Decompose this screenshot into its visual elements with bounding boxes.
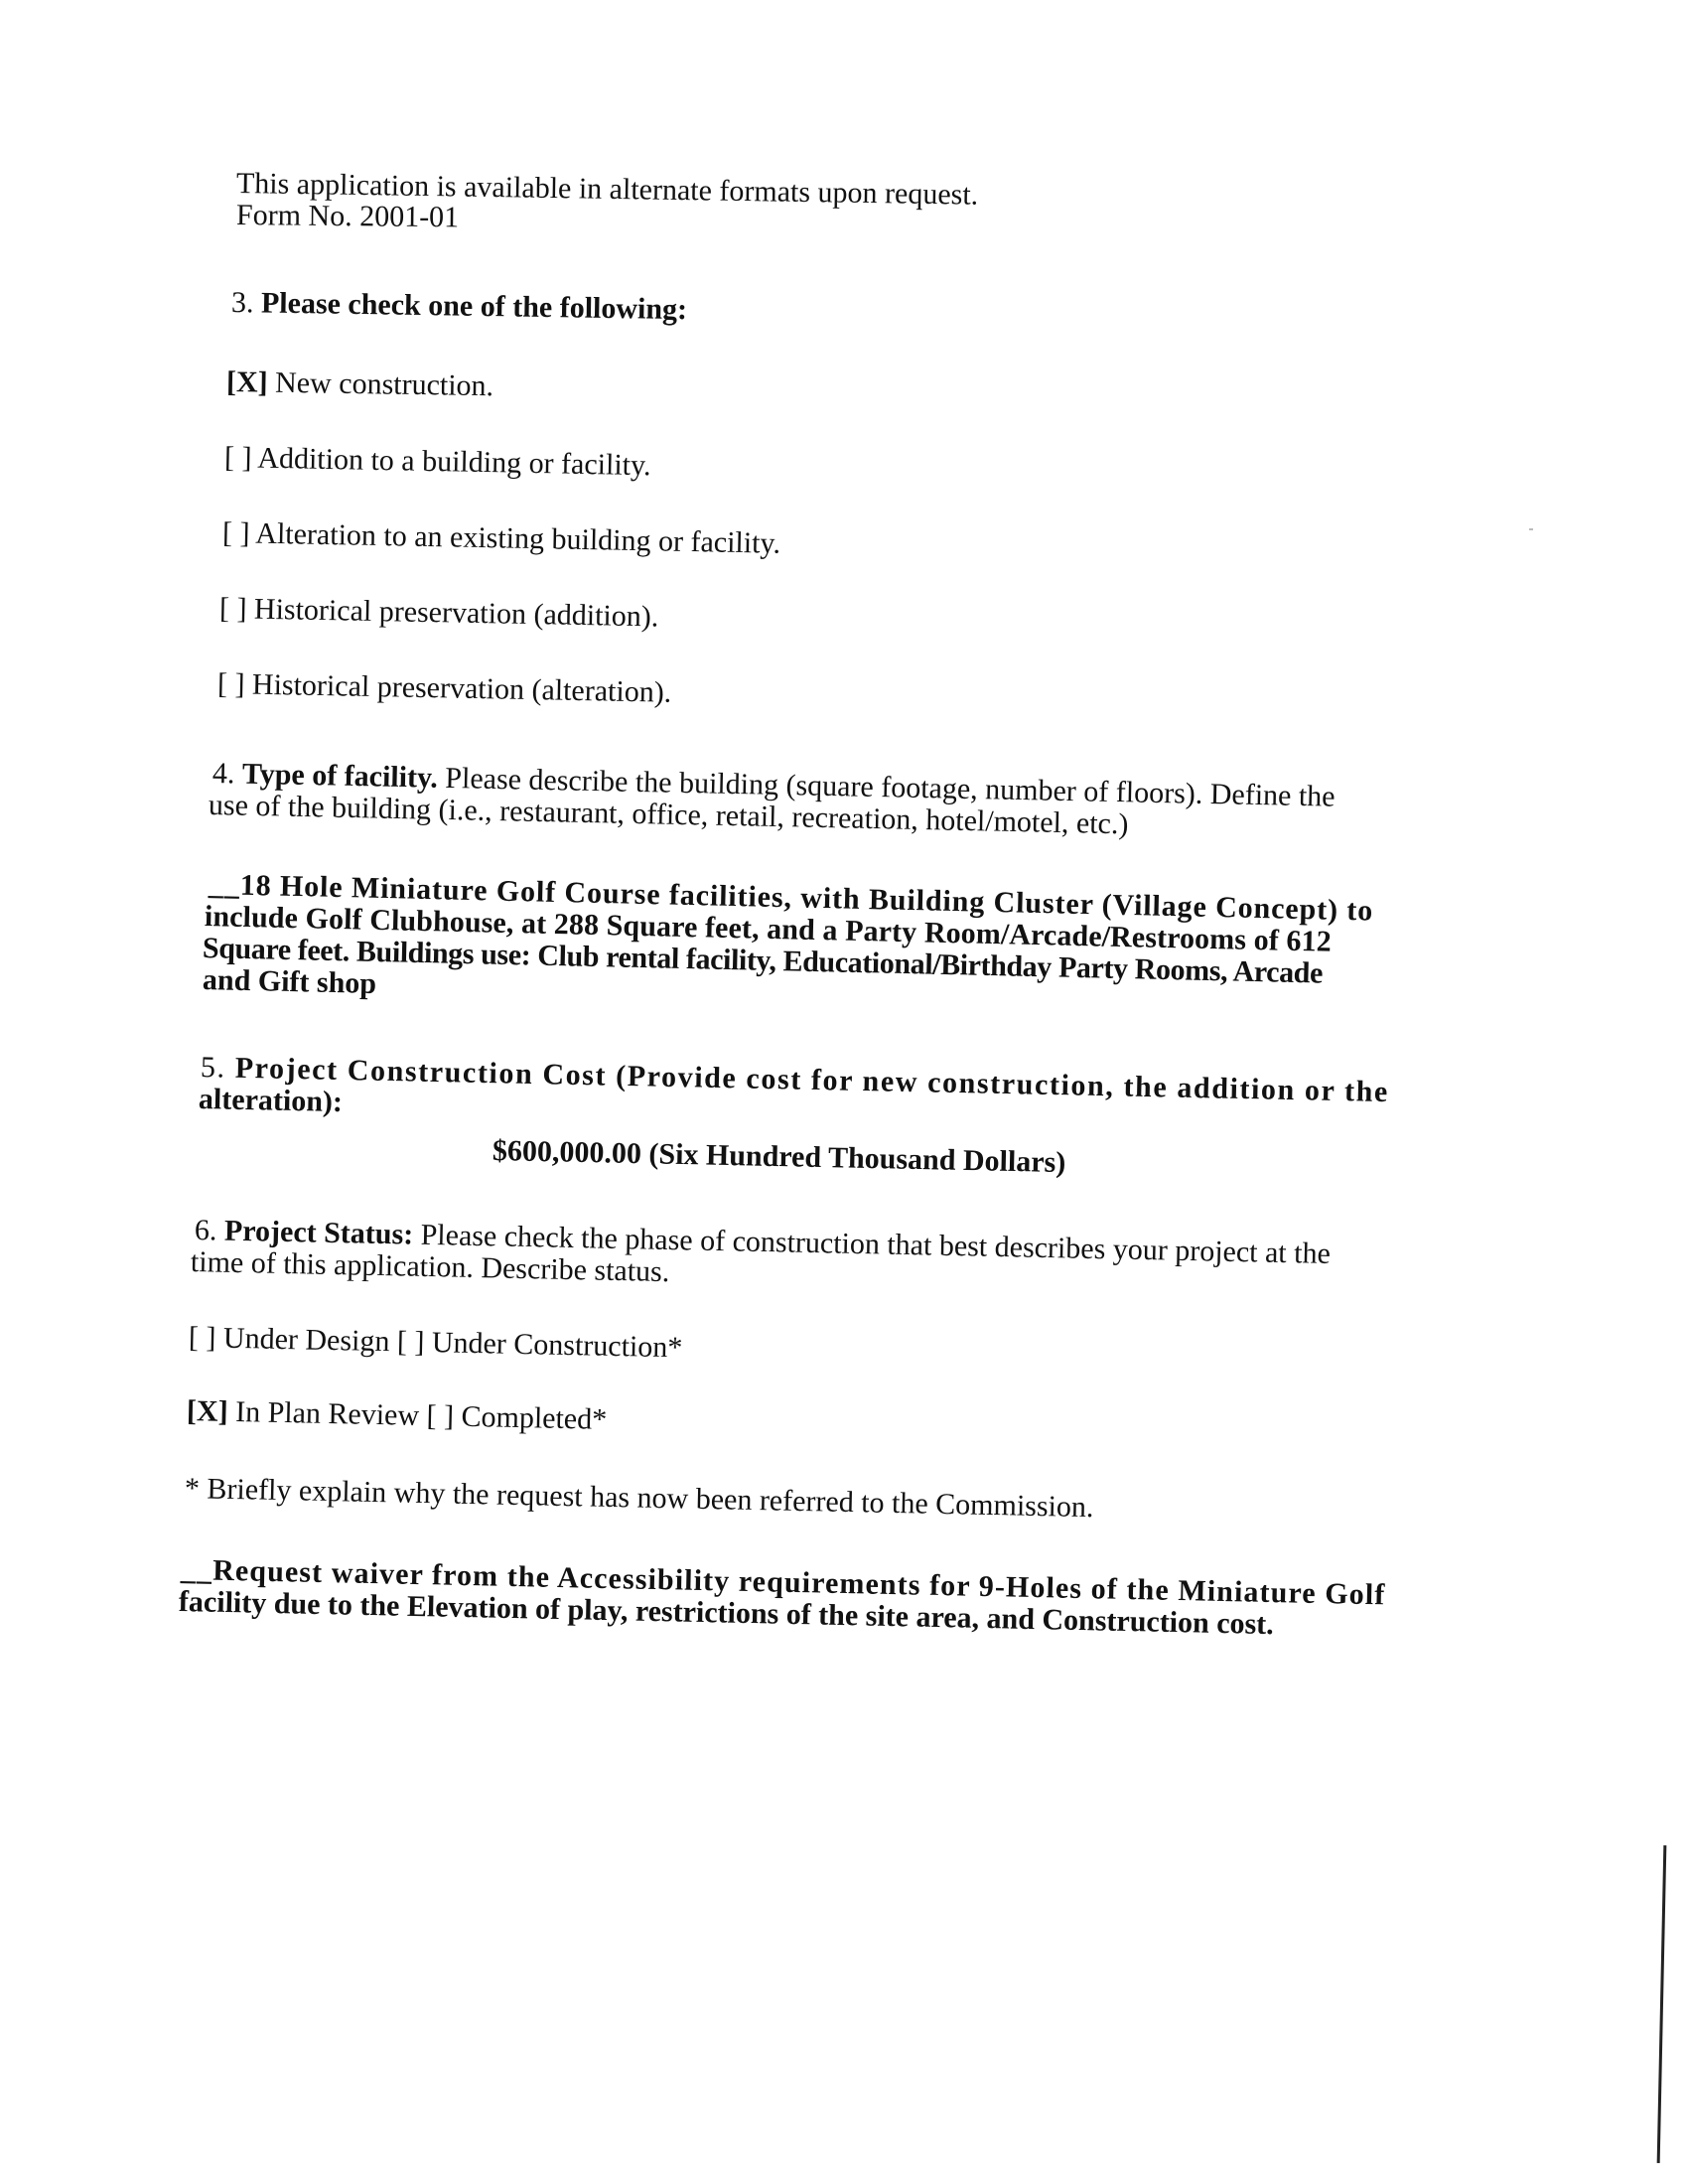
checkbox-unchecked[interactable]: [ ]	[426, 1399, 454, 1434]
scan-speck	[1529, 528, 1533, 530]
option-new-construction[interactable]: [X] New construction.	[226, 365, 494, 403]
checkbox-unchecked[interactable]: [ ]	[222, 516, 250, 551]
status-completed: Completed*	[461, 1400, 607, 1436]
question5-number: 5.	[201, 1051, 226, 1085]
question6-title: Project Status:	[224, 1215, 414, 1251]
option-label: New construction.	[275, 366, 493, 402]
checkbox-checked[interactable]: [X]	[226, 365, 268, 400]
construction-cost-value: $600,000.00 (Six Hundred Thousand Dollar…	[492, 1134, 1066, 1180]
form-number: Form No. 2001-01	[236, 199, 460, 234]
question5-title-line2: alteration):	[199, 1083, 344, 1119]
question6-number: 6.	[195, 1214, 217, 1246]
checkbox-unchecked[interactable]: [ ]	[189, 1321, 216, 1356]
checkbox-unchecked[interactable]: [ ]	[224, 441, 252, 476]
status-row-1: [ ] Under Design [ ] Under Construction*	[189, 1321, 683, 1365]
question5-title-line1: 5. Project Construction Cost (Provide co…	[201, 1051, 1390, 1109]
option-label: Alteration to an existing building or fa…	[255, 517, 780, 560]
option-label: Addition to a building or facility.	[257, 442, 651, 483]
question4-answer-line4: and Gift shop	[203, 963, 377, 1001]
status-under-construction: Under Construction*	[432, 1326, 683, 1364]
option-label: Historical preservation (alteration).	[252, 668, 672, 709]
question4-number: 4.	[212, 757, 235, 790]
question3-number: 3.	[231, 286, 254, 319]
checkbox-unchecked[interactable]: [ ]	[217, 667, 245, 702]
scan-edge-line	[1657, 1845, 1667, 2163]
checkbox-checked[interactable]: [X]	[187, 1394, 228, 1429]
question4-title: Type of facility.	[242, 758, 439, 795]
question3-heading: 3. Please check one of the following:	[231, 286, 688, 327]
question3-title: Please check one of the following:	[261, 286, 688, 326]
checkbox-unchecked[interactable]: [ ]	[397, 1325, 425, 1360]
status-in-plan-review: In Plan Review	[235, 1395, 420, 1432]
option-addition[interactable]: [ ] Addition to a building or facility.	[224, 441, 651, 483]
option-alteration[interactable]: [ ] Alteration to an existing building o…	[222, 516, 781, 561]
scanned-document-page: This application is available in alterna…	[0, 0, 1688, 2184]
option-label: Historical preservation (addition).	[254, 593, 659, 634]
status-under-design: Under Design	[223, 1322, 390, 1359]
option-historical-alteration[interactable]: [ ] Historical preservation (alteration)…	[217, 667, 672, 710]
option-historical-addition[interactable]: [ ] Historical preservation (addition).	[219, 592, 659, 634]
checkbox-unchecked[interactable]: [ ]	[219, 592, 247, 627]
footnote-explain: * Briefly explain why the request has no…	[185, 1472, 1094, 1525]
status-row-2: [X] In Plan Review [ ] Completed*	[187, 1394, 608, 1437]
